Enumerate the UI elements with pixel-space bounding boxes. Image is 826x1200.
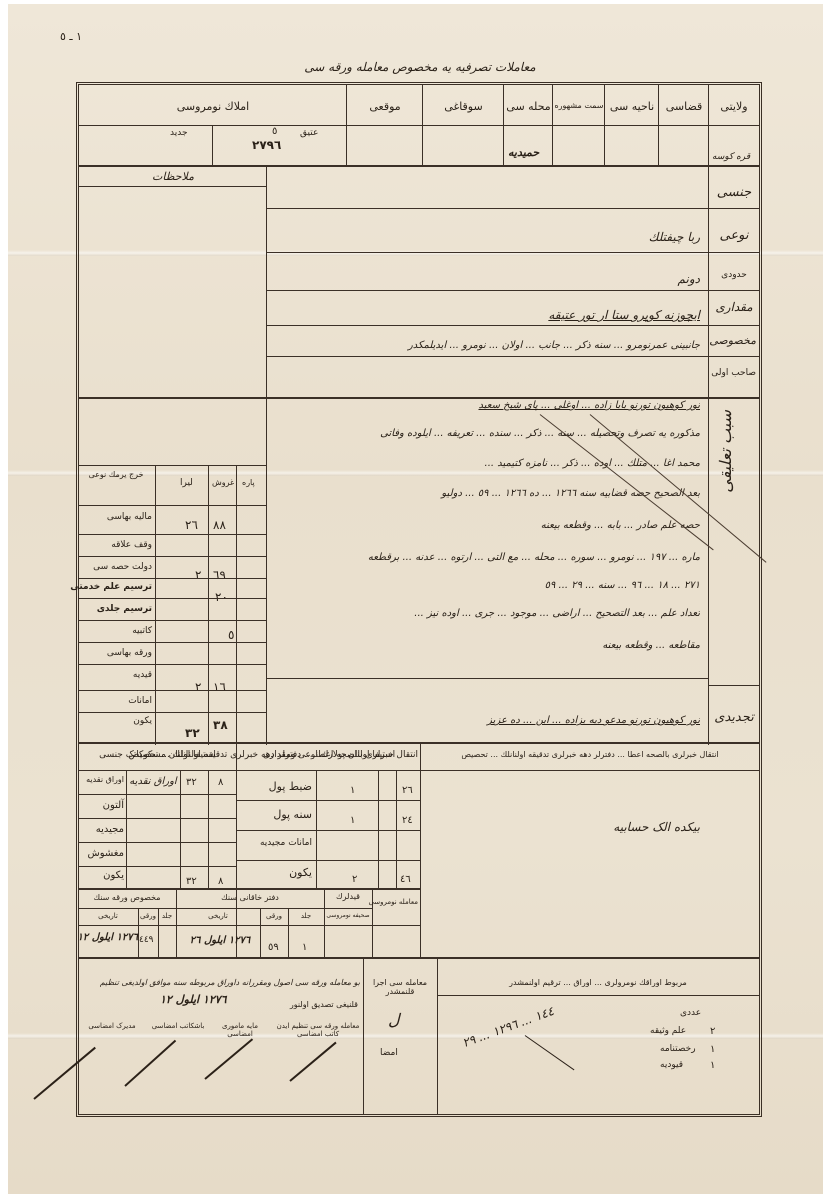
header-nahiye: ناحیه سی bbox=[606, 100, 658, 113]
coin-row-col2: ٣٢ bbox=[186, 876, 197, 887]
coin-row-value: اوراق نقدیه bbox=[128, 776, 178, 787]
registry-ozel-varak: ٤٤٩ bbox=[139, 935, 154, 945]
rule bbox=[396, 770, 397, 888]
registry-sub-varak2: ورقی bbox=[261, 912, 287, 920]
header-sokak: سوقاغی bbox=[424, 100, 503, 113]
header-semt: سمت مشهوره bbox=[554, 101, 604, 110]
fees-row-label: وقف علاقه bbox=[82, 540, 152, 550]
emlak-atik-number: ٢٧٩٦ bbox=[252, 138, 281, 152]
registry-header-ozel: مخصوص ورقه سنك bbox=[80, 893, 174, 902]
header-kaza: قضاسی bbox=[660, 100, 708, 113]
mahalle-value: حمیدیه bbox=[508, 146, 539, 159]
right-header: مربوط اوراقك نومرولری ... اوراق ... ترقی… bbox=[440, 978, 756, 987]
money-row-label: ضبط پول bbox=[240, 780, 312, 793]
rule bbox=[212, 125, 213, 165]
fees-row-kurus: ٣٨ bbox=[213, 718, 228, 732]
rule bbox=[78, 556, 266, 557]
rule bbox=[266, 678, 708, 679]
body-line: مذکوره یه تصرف وتحصیله ... سنه ... ذکر .… bbox=[280, 428, 700, 439]
rule bbox=[78, 620, 266, 621]
rule bbox=[503, 84, 504, 165]
registry-sub-tarih: تاریخی bbox=[80, 912, 136, 920]
registry-defter-varak: ٥٩ bbox=[268, 942, 279, 953]
coin-row-label: مجیدیه bbox=[80, 824, 124, 835]
registry-header-muamele: معامله نومروسی bbox=[374, 898, 418, 906]
coin-row-col2: ٣٢ bbox=[186, 777, 197, 788]
tecdid-text: نور کوهیون تورنو مدعو دیه بزاده ... ابن … bbox=[360, 715, 700, 726]
rule bbox=[78, 397, 760, 399]
middle-sign: امضا bbox=[380, 1048, 398, 1058]
side-label-sebeb: سبب تعلیقی bbox=[716, 410, 735, 540]
money-row-a: ١ bbox=[350, 785, 355, 796]
rule bbox=[236, 860, 420, 861]
rule bbox=[78, 465, 266, 466]
count-label-item: رخصتنامه bbox=[660, 1044, 696, 1054]
fees-header-para: پاره bbox=[242, 478, 255, 487]
coin-row-col3: ٨ bbox=[218, 876, 223, 887]
body-line: تعداد علم ... بعد التصحیح ... اراضی ... … bbox=[270, 608, 700, 619]
count-label-item: علم وثیقه bbox=[650, 1026, 686, 1036]
rule bbox=[708, 685, 760, 686]
fees-row-label: کاتبیه bbox=[82, 626, 152, 636]
rule bbox=[236, 465, 237, 745]
rule bbox=[78, 712, 266, 713]
header-mahalle: محله سی bbox=[505, 100, 552, 113]
rule bbox=[208, 465, 209, 745]
rule bbox=[176, 888, 177, 957]
field-hudud: ایچوزنه کوپرو ستا ار تور عتیقه bbox=[450, 308, 700, 322]
rule bbox=[155, 465, 156, 745]
row-label: قره کوسه bbox=[712, 152, 750, 162]
rule bbox=[266, 325, 760, 326]
count-label-item: قیودیه bbox=[660, 1060, 683, 1070]
rule bbox=[266, 165, 267, 397]
registry-defter-cilt: ١ bbox=[302, 942, 307, 953]
emlak-atik-top: ٥ bbox=[272, 126, 277, 137]
body-line: مقاطعه ... وقطعه بیعنه bbox=[440, 640, 700, 651]
rule bbox=[658, 84, 659, 165]
registry-sub-cilt2: جلد bbox=[289, 912, 323, 920]
registry-sub-cilt: جلد bbox=[159, 912, 175, 920]
signatory-clerk: معامله ورقه سی تنظیم ایدن کاتب امضاسی bbox=[275, 1022, 361, 1038]
rule bbox=[78, 957, 760, 959]
rule bbox=[78, 165, 760, 167]
rule bbox=[324, 888, 325, 957]
header-mevki: موقعی bbox=[348, 100, 422, 113]
field-nevi: دونم bbox=[540, 272, 700, 286]
side-label-hususi: مخصوصی bbox=[712, 334, 756, 347]
coin-row-label: اوراق نقدیه bbox=[80, 775, 124, 784]
fees-header-type: خرج یرمك نوعی bbox=[80, 470, 152, 479]
registry-ozel-tarih: ١٢٧٦ ایلول ١٢ bbox=[80, 932, 138, 943]
fees-row-lira: ٢ bbox=[195, 680, 201, 694]
rule bbox=[552, 84, 553, 165]
side-label-hudud: حدودی bbox=[712, 270, 756, 280]
coin-row-label: مغشوش bbox=[80, 848, 124, 859]
rule bbox=[78, 642, 266, 643]
fees-row-label: ترسیم علم خدمتی bbox=[82, 582, 152, 592]
rule bbox=[604, 84, 605, 165]
side-label-tecdid: تجدیدی bbox=[712, 710, 756, 725]
money-header-transfer: انتقال خبرلری بالصحه اعطا ... دفترلر دهه… bbox=[424, 750, 756, 759]
count-num: ١ bbox=[710, 1060, 715, 1071]
fees-row-label: امانات bbox=[82, 696, 152, 706]
signatory-finance: مایه ماموری امضاسی bbox=[210, 1022, 270, 1038]
side-label-nevi: نوعی bbox=[712, 228, 756, 243]
coin-row-label: آلتون bbox=[80, 800, 124, 811]
fees-row-label: ترسیم جلدی bbox=[82, 604, 152, 614]
side-label-mikdar: مقداری bbox=[712, 300, 756, 314]
registry-defter-tarih: ١٢٧٦ ایلول ٢٦ bbox=[180, 935, 260, 946]
fees-row-label: یکون bbox=[82, 716, 152, 726]
fees-row-lira: ٢٦ bbox=[185, 518, 198, 532]
count-num: ١ bbox=[710, 1044, 715, 1055]
coin-row-col3: ٨ bbox=[218, 777, 223, 788]
registry-header-kayit: قیدلرك bbox=[326, 892, 370, 901]
rule bbox=[208, 770, 209, 888]
fees-row-kurus: ٢٠ bbox=[215, 590, 228, 604]
label-cedid: جدید bbox=[170, 128, 188, 138]
signatory-chief-clerk: باشکاتب امضاسی bbox=[148, 1022, 208, 1030]
field-sahib-evvel: نور کوهیون تورنو بابا زاده ... اوغلی ...… bbox=[330, 400, 700, 411]
middle-value: ل bbox=[388, 1010, 400, 1029]
rule bbox=[236, 830, 420, 831]
signatory-director: مدیرک امضاسی bbox=[82, 1022, 142, 1030]
rule bbox=[78, 818, 236, 819]
approval-sub: قلنیغی تصدیق اولنور bbox=[270, 1000, 358, 1009]
fees-row-kurus: ٦٩ bbox=[213, 568, 226, 582]
body-line: محمد آغا ... متلك ... اوده ... ذکر ... ن… bbox=[280, 458, 700, 469]
rule bbox=[420, 742, 421, 957]
rule bbox=[126, 770, 127, 888]
body-line: ماره ... ١٩٧ ... نومرو ... سوره ... محله… bbox=[270, 552, 700, 563]
fees-row-kurus: ١٦ bbox=[213, 680, 226, 694]
fees-row-kurus: ٥ bbox=[228, 628, 234, 642]
rule bbox=[266, 252, 760, 253]
money-row-label: یکون bbox=[240, 866, 312, 879]
money-row-a: ٢ bbox=[352, 874, 357, 885]
rule bbox=[236, 800, 420, 801]
fees-header-lira: لیرا bbox=[180, 478, 193, 488]
rule bbox=[437, 995, 760, 996]
money-header-types: استیفا اولنان پولارك نوعی ومقداری bbox=[240, 750, 418, 760]
coin-row-label: یکون bbox=[80, 870, 124, 881]
rule bbox=[78, 505, 266, 506]
rule bbox=[363, 957, 364, 1115]
rule bbox=[378, 770, 379, 888]
corner-mark: ١ ـ ٥ bbox=[60, 30, 82, 43]
money-row-label: سنه پول bbox=[240, 808, 312, 821]
count-label: عددی bbox=[680, 1008, 701, 1018]
rule bbox=[78, 866, 236, 867]
registry-sub-varak: ورقی bbox=[139, 912, 157, 920]
rule bbox=[266, 356, 760, 357]
rule bbox=[78, 888, 420, 890]
registry-header-defter: دفتر خاقانی سنك bbox=[178, 893, 322, 902]
rule bbox=[266, 290, 760, 291]
field-mikdar: جانبینی عمرنومرو ... سنه ذکر ... جانب ..… bbox=[240, 340, 700, 351]
notes-header: ملاحظات bbox=[80, 170, 266, 183]
rule bbox=[316, 770, 317, 888]
rule bbox=[180, 770, 181, 888]
rule bbox=[78, 842, 236, 843]
approval-text: بو معامله ورقه سی اصول ومقررانه داوراق م… bbox=[82, 978, 360, 987]
rule bbox=[78, 925, 420, 926]
side-label-cins: جنسی bbox=[712, 185, 756, 200]
money-row-c: ٢٤ bbox=[402, 815, 413, 826]
fees-header-kurus: غروش bbox=[212, 478, 234, 487]
rule bbox=[422, 84, 423, 165]
approval-date: ١٢٧٦ ایلول ١٢ bbox=[160, 993, 227, 1006]
label-atik: عتیق bbox=[300, 128, 318, 138]
rule bbox=[78, 742, 760, 744]
body-line: حصه علم صادر ... بابه ... وقطعه بیعنه bbox=[420, 520, 700, 531]
money-row-c: ٢٦ bbox=[402, 785, 413, 796]
fees-row-lira: ٣٢ bbox=[185, 726, 200, 740]
registry-sub-sahife: صحیفه نومروسی bbox=[326, 912, 370, 919]
rule bbox=[78, 690, 266, 691]
rule bbox=[78, 534, 266, 535]
fees-row-kurus: ٨٨ bbox=[213, 518, 226, 532]
field-cins: ربا چیفتلك bbox=[540, 230, 700, 244]
middle-header: معامله سی اجرا قلنمشدر bbox=[366, 978, 434, 996]
fees-row-label: قیدیه bbox=[82, 670, 152, 680]
rule bbox=[266, 397, 267, 745]
rule bbox=[78, 908, 372, 909]
rule bbox=[78, 186, 266, 187]
money-row-c: ٤٦ bbox=[400, 874, 411, 885]
document-title: معاملات تصرفیه یه مخصوص معامله ورقه سی bbox=[300, 60, 540, 74]
body-line: ٢٧١ ... ١٨ ... ٩٦ ... سنه ... ٢٩ ... ٥٩ bbox=[270, 580, 700, 591]
rule bbox=[437, 957, 438, 1115]
money-row-label: امانات مجیدیه bbox=[240, 838, 312, 848]
fees-row-label: مالیه بهاسی bbox=[82, 512, 152, 522]
rule bbox=[266, 208, 760, 209]
rule bbox=[78, 598, 266, 599]
rule bbox=[78, 664, 266, 665]
money-row-a: ١ bbox=[350, 815, 355, 826]
fees-row-label: دولت حصه سی bbox=[82, 562, 152, 572]
rule bbox=[78, 794, 236, 795]
count-num: ٢ bbox=[710, 1026, 715, 1037]
rule bbox=[346, 84, 347, 165]
rule bbox=[78, 578, 266, 579]
header-emlak-no: املاك نومروسی bbox=[80, 100, 346, 113]
transfer-note: بیکده الک حسابیه bbox=[560, 820, 700, 834]
header-vilayet: ولایتی bbox=[710, 100, 758, 113]
fees-row-lira: ٢ bbox=[195, 568, 201, 582]
side-label-sahib: صاحب اولی bbox=[712, 368, 756, 378]
rule bbox=[708, 84, 709, 165]
fees-row-label: ورقه بهاسی bbox=[82, 648, 152, 658]
registry-sub-tarih2: تاریخی bbox=[178, 912, 258, 920]
